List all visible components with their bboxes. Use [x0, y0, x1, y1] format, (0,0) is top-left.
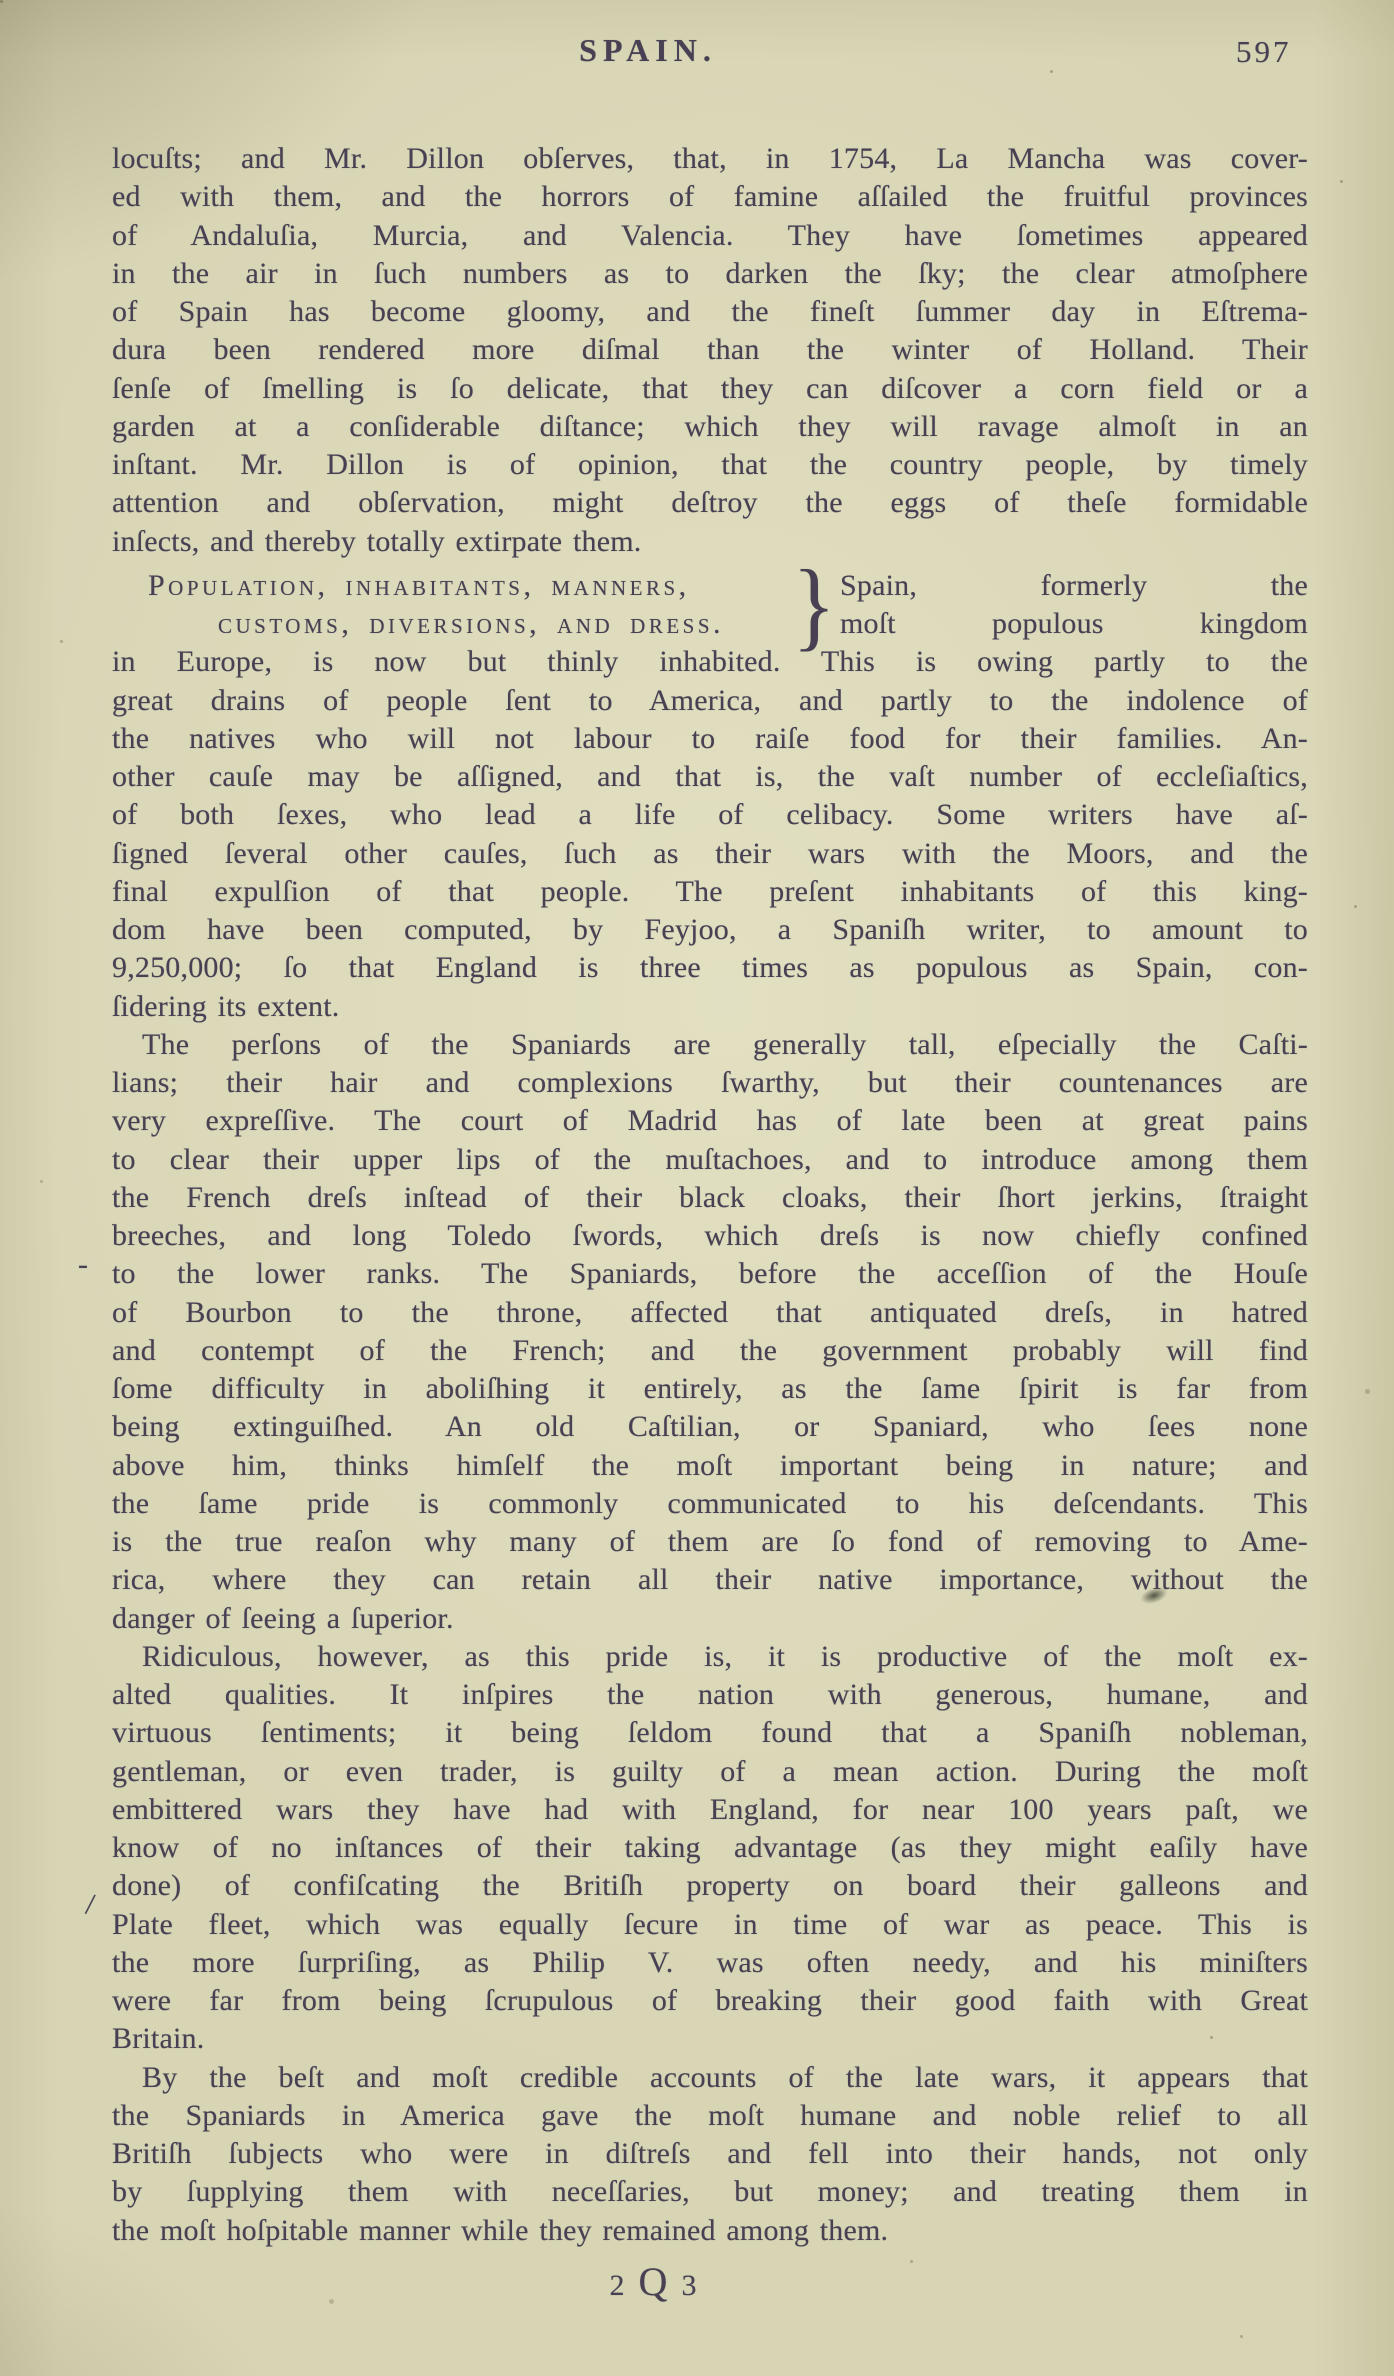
text-line: Spain, formerly the: [840, 567, 1308, 605]
signature-letter: Q: [629, 2259, 682, 2304]
text-line: being extinguiſhed. An old Caſtilian, or…: [112, 1408, 1308, 1446]
section-heading-line-1: Population, inhabitants, manners,: [112, 567, 788, 605]
text-line: ſome difficulty in aboliſhing it entirel…: [112, 1370, 1308, 1408]
text-line: in the air in ſuch numbers as to darken …: [112, 255, 1308, 293]
text-line: of Spain has become gloomy, and the fine…: [112, 293, 1308, 331]
text-line: dom have been computed, by Feyjoo, a Spa…: [112, 911, 1308, 949]
margin-slash-mark: /: [84, 1888, 97, 1923]
section-heading: Population, inhabitants, manners, custom…: [112, 567, 1308, 644]
text-line: the more ſurpriſing, as Philip V. was of…: [112, 1944, 1308, 1982]
text-line: final expulſion of that people. The preſ…: [112, 873, 1308, 911]
text-line: inſtant. Mr. Dillon is of opinion, that …: [112, 446, 1308, 484]
text-line: to the lower ranks. The Spaniards, befor…: [112, 1255, 1308, 1293]
text-line: know of no inſtances of their taking adv…: [112, 1829, 1308, 1867]
text-line: The perſons of the Spaniards are general…: [112, 1026, 1308, 1064]
signature-mark: 2Q3: [57, 2258, 1253, 2305]
paper-specks: [0, 0, 3, 3]
text-line: rica, where they can retain all their na…: [112, 1561, 1308, 1599]
text-line: the French dreſs inſtead of their black …: [112, 1179, 1308, 1217]
text-line: other cauſe may be aſſigned, and that is…: [112, 758, 1308, 796]
text-line: the Spaniards in America gave the moſt h…: [112, 2097, 1308, 2135]
text-line: of both ſexes, who lead a life of celiba…: [112, 796, 1308, 834]
text-line: ſidering its extent.: [112, 988, 1308, 1026]
paragraph-population: in Europe, is now but thinly inhabited. …: [112, 643, 1308, 1026]
text-line: and contempt of the French; and the gove…: [112, 1332, 1308, 1370]
text-line: By the beſt and moſt credible accounts o…: [112, 2059, 1308, 2097]
text-line: in Europe, is now but thinly inhabited. …: [112, 643, 1308, 681]
text-line: ſigned ſeveral other cauſes, ſuch as the…: [112, 835, 1308, 873]
signature-prefix: 2: [610, 2269, 629, 2302]
paragraph-accounts: By the beſt and moſt credible accounts o…: [112, 2059, 1308, 2250]
brace-glyph: }: [791, 570, 838, 640]
text-line: by ſupplying them with neceſſaries, but …: [112, 2173, 1308, 2211]
text-line: garden at a conſiderable diſtance; which…: [112, 408, 1308, 446]
text-line: great drains of people ſent to America, …: [112, 682, 1308, 720]
text-line: were far from being ſcrupulous of breaki…: [112, 1982, 1308, 2020]
text-line: done) of confiſcating the Britiſh proper…: [112, 1867, 1308, 1905]
section-heading-left: Population, inhabitants, manners, custom…: [112, 567, 788, 644]
signature-suffix: 3: [681, 2269, 700, 2302]
text-line: gentleman, or even trader, is guilty of …: [112, 1753, 1308, 1791]
paragraph-persons: The perſons of the Spaniards are general…: [112, 1026, 1308, 1638]
text-line: lians; their hair and complexions ſwarth…: [112, 1064, 1308, 1102]
text-line: ed with them, and the horrors of famine …: [112, 178, 1308, 216]
text-line: attention and obſervation, might deſtroy…: [112, 484, 1308, 522]
paragraph-pride: Ridiculous, however, as this pride is, i…: [112, 1638, 1308, 2059]
text-line: the natives who will not labour to raiſe…: [112, 720, 1308, 758]
text-line: the moſt hoſpitable manner while they re…: [112, 2212, 1308, 2250]
margin-dash-mark: -: [78, 1248, 88, 1282]
text-line: Britiſh ſubjects who were in diſtreſs an…: [112, 2135, 1308, 2173]
text-line: danger of ſeeing a ſuperior.: [112, 1600, 1308, 1638]
text-block: locuſts; and Mr. Dillon obſerves, that, …: [112, 140, 1308, 2305]
text-line: locuſts; and Mr. Dillon obſerves, that, …: [112, 140, 1308, 178]
text-line: embittered wars they have had with Engla…: [112, 1791, 1308, 1829]
text-line: the ſame pride is commonly communicated …: [112, 1485, 1308, 1523]
book-page-scan: SPAIN. 597 locuſts; and Mr. Dillon obſer…: [0, 0, 1394, 2376]
text-line: Britain.: [112, 2020, 1308, 2058]
page-number: 597: [1236, 34, 1292, 70]
text-line: of Bourbon to the throne, affected that …: [112, 1294, 1308, 1332]
text-line: inſects, and thereby totally extirpate t…: [112, 523, 1308, 561]
text-line: Plate fleet, which was equally ſecure in…: [112, 1906, 1308, 1944]
text-line: alted qualities. It inſpires the nation …: [112, 1676, 1308, 1714]
text-line: dura been rendered more diſmal than the …: [112, 331, 1308, 369]
section-heading-side-text: Spain, formerly the moſt populous kingdo…: [840, 567, 1308, 644]
text-line: is the true reaſon why many of them are …: [112, 1523, 1308, 1561]
text-line: breeches, and long Toledo ſwords, which …: [112, 1217, 1308, 1255]
page-title: SPAIN.: [579, 32, 717, 69]
text-line: virtuous ſentiments; it being ſeldom fou…: [112, 1714, 1308, 1752]
section-heading-line-2: customs, diversions, and dress.: [112, 605, 788, 643]
text-line: of Andaluſia, Murcia, and Valencia. They…: [112, 217, 1308, 255]
text-line: ſenſe of ſmelling is ſo delicate, that t…: [112, 370, 1308, 408]
text-line: above him, thinks himſelf the moſt impor…: [112, 1447, 1308, 1485]
text-line: Ridiculous, however, as this pride is, i…: [112, 1638, 1308, 1676]
paragraph-locusts: locuſts; and Mr. Dillon obſerves, that, …: [112, 140, 1308, 561]
text-line: 9,250,000; ſo that England is three time…: [112, 949, 1308, 987]
text-line: moſt populous kingdom: [840, 605, 1308, 643]
text-line: very expreſſive. The court of Madrid has…: [112, 1102, 1308, 1140]
text-line: to clear their upper lips of the muſtach…: [112, 1141, 1308, 1179]
